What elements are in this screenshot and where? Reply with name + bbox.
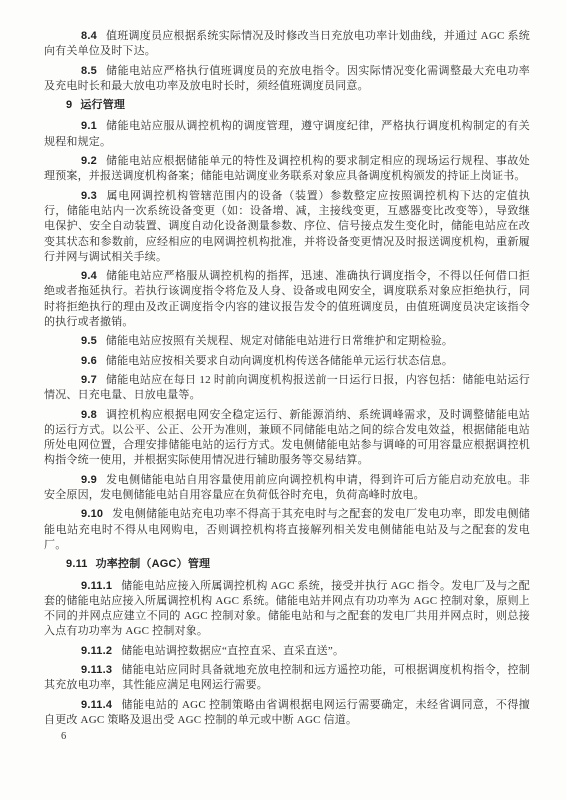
clause-text: 储能电站应根据储能单元的特性及调控机构的要求制定相应的现场运行规程、事故处理预案… (44, 155, 530, 182)
clause-number: 8.5 (81, 65, 97, 77)
clause-9.7: 9.7储能电站应在每日 12 时前向调度机构报送前一日运行日报，内容包括：储能电… (44, 373, 530, 404)
clause-9.11.3: 9.11.3储能电站应同时具备就地充放电控制和远方遥控功能，可根据调度机构指令，… (44, 663, 530, 694)
clause-9.5: 9.5储能电站应按照有关规程、规定对储能电站进行日常维护和定期检验。 (44, 334, 530, 349)
clause-number: 9.8 (81, 409, 97, 421)
clause-text: 储能电站的 AGC 控制策略由省调根据电网运行需要确定，未经省调同意，不得擅自更… (44, 699, 530, 726)
clause-number: 9.11.3 (81, 664, 112, 676)
clause-text: 储能电站应接入所属调控机构 AGC 系统，接受并执行 AGC 指令。发电厂及与之… (44, 580, 530, 638)
clause-number: 9.1 (81, 120, 97, 132)
page-number: 6 (61, 731, 66, 742)
clause-number: 9.9 (81, 474, 97, 486)
clause-number: 9.2 (81, 155, 97, 167)
document-content: 8.4值班调度员应根据系统实际情况及时修改当日充放电功率计划曲线，并通过 AGC… (44, 29, 530, 732)
clause-text: 储能电站应在每日 12 时前向调度机构报送前一日运行日报，内容包括：储能电站运行… (44, 374, 530, 401)
clause-number: 9.10 (81, 508, 103, 520)
clause-text: 调控机构应根据电网安全稳定运行、新能源消纳、系统调峰需求，及时调整储能电站的运行… (44, 409, 530, 467)
clause-text: 发电侧储能电站充电功率不得高于其充电时与之配套的发电厂发电功率，即发电侧储能电站… (44, 508, 530, 551)
clause-text: 储能电站应按相关要求自动向调度机构传送各储能单元运行状态信息。 (106, 355, 453, 367)
clause-text: 值班调度员应根据系统实际情况及时修改当日充放电功率计划曲线，并通过 AGC 系统… (44, 30, 530, 57)
clause-9.3: 9.3属电网调控机构管辖范围内的设备（装置）参数整定应按照调控机构下达的定值执行… (44, 189, 530, 265)
clause-number: 9.6 (81, 355, 97, 367)
clause-9.4: 9.4储能电站应严格服从调控机构的指挥，迅速、准确执行调度指令，不得以任何借口拒… (44, 269, 530, 330)
clause-number: 9.11 (66, 558, 88, 570)
clause-text: 属电网调控机构管辖范围内的设备（装置）参数整定应按照调控机构下达的定值执行，储能… (44, 190, 530, 263)
clause-9.10: 9.10发电侧储能电站充电功率不得高于其充电时与之配套的发电厂发电功率，即发电侧… (44, 507, 530, 553)
section-heading-9: 9运行管理 (44, 98, 530, 113)
section-heading-9.11: 9.11功率控制（AGC）管理 (44, 557, 530, 572)
clause-9.1: 9.1储能电站应服从调控机构的调度管理，遵守调度纪律，严格执行调度机构制定的有关… (44, 119, 530, 150)
clause-number: 9.3 (81, 190, 97, 202)
section-heading-text: 运行管理 (80, 99, 125, 111)
document-page: 8.4值班调度员应根据系统实际情况及时修改当日充放电功率计划曲线，并通过 AGC… (0, 0, 566, 800)
clause-text: 发电侧储能电站自用容量使用前应向调控机构申请，得到许可后方能启动充放电。非安全原… (44, 474, 530, 501)
clause-text: 储能电站应同时具备就地充放电控制和远方遥控功能，可根据调度机构指令，控制其充放电… (44, 664, 530, 691)
clause-9.2: 9.2储能电站应根据储能单元的特性及调控机构的要求制定相应的现场运行规程、事故处… (44, 154, 530, 185)
clause-text: 储能电站调控数据应“直控直采、直采直送”。 (121, 645, 344, 657)
clause-text: 储能电站应严格服从调控机构的指挥，迅速、准确执行调度指令，不得以任何借口拒绝或者… (44, 270, 530, 328)
clause-number: 9.4 (81, 270, 97, 282)
clause-9.11.4: 9.11.4储能电站的 AGC 控制策略由省调根据电网运行需要确定，未经省调同意… (44, 698, 530, 729)
clause-text: 储能电站应严格执行值班调度员的充放电指令。因实际情况变化需调整最大充电功率及充电… (44, 65, 530, 92)
clause-9.11.1: 9.11.1储能电站应接入所属调控机构 AGC 系统，接受并执行 AGC 指令。… (44, 579, 530, 640)
clause-9.6: 9.6储能电站应按相关要求自动向调度机构传送各储能单元运行状态信息。 (44, 354, 530, 369)
clause-9.9: 9.9发电侧储能电站自用容量使用前应向调控机构申请，得到许可后方能启动充放电。非… (44, 473, 530, 504)
section-heading-text: 功率控制（AGC）管理 (96, 558, 211, 570)
clause-number: 9.7 (81, 374, 97, 386)
clause-8.5: 8.5储能电站应严格执行值班调度员的充放电指令。因实际情况变化需调整最大充电功率… (44, 64, 530, 95)
clause-8.4: 8.4值班调度员应根据系统实际情况及时修改当日充放电功率计划曲线，并通过 AGC… (44, 29, 530, 60)
clause-9.11.2: 9.11.2储能电站调控数据应“直控直采、直采直送”。 (44, 644, 530, 659)
clause-number: 9 (66, 99, 72, 111)
clause-number: 9.11.2 (81, 645, 112, 657)
clause-text: 储能电站应按照有关规程、规定对储能电站进行日常维护和定期检验。 (106, 335, 453, 347)
clause-text: 储能电站应服从调控机构的调度管理，遵守调度纪律，严格执行调度机构制定的有关规程和… (44, 120, 530, 147)
clause-number: 9.5 (81, 335, 97, 347)
clause-9.8: 9.8调控机构应根据电网安全稳定运行、新能源消纳、系统调峰需求，及时调整储能电站… (44, 408, 530, 469)
clause-number: 9.11.1 (81, 580, 112, 592)
clause-number: 8.4 (81, 30, 97, 42)
clause-number: 9.11.4 (81, 699, 112, 711)
